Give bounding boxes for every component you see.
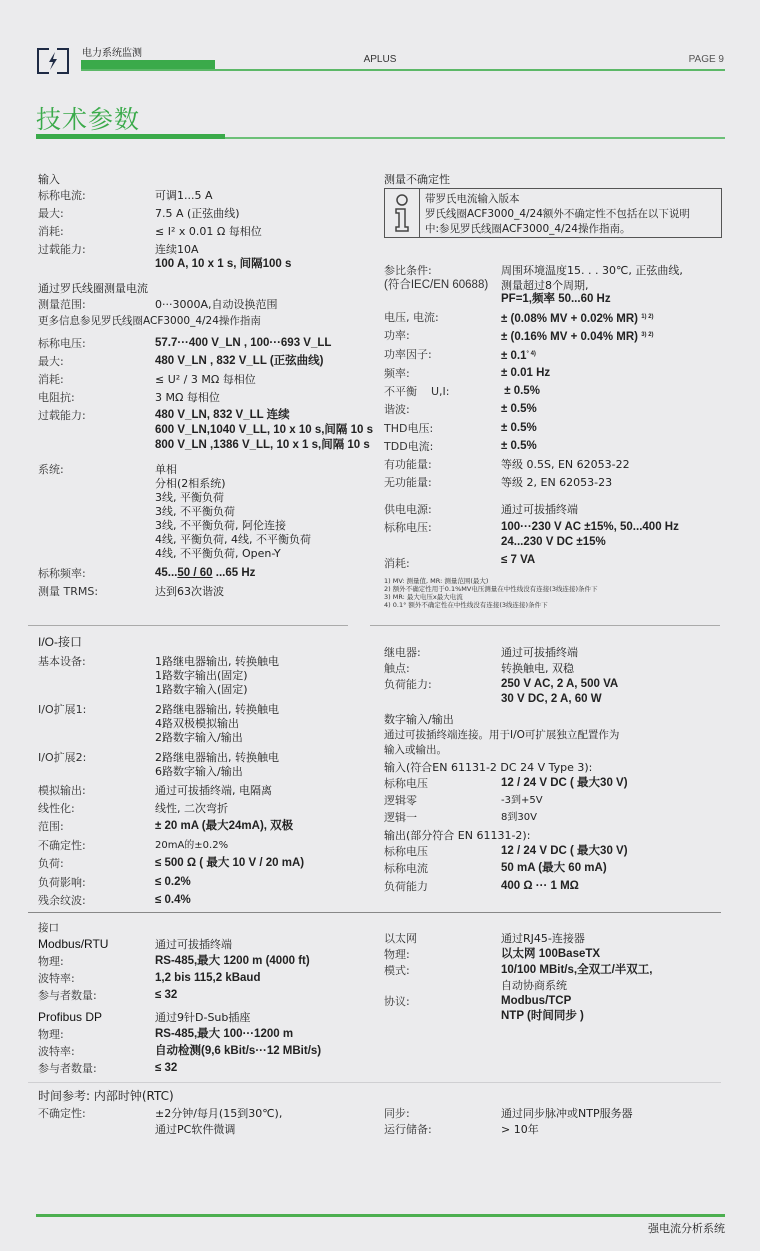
spec-label: 过载能力: [38,242,86,257]
spec-value-line2: 通过PC软件微调 [155,1122,235,1137]
spec-value: 等级 2, EN 62053-23 [501,475,612,490]
spec-value: 45...50 / 60 ...65 Hz [155,566,255,581]
footnote: 3) MR: 最大电压x最大电流 [384,593,463,601]
spec-value: 4线, 平衡负荷, 4线, 不平衡负荷 [155,532,311,547]
spec-value: 3线, 不平衡负荷, 阿伦连接 [155,518,286,533]
footer-rule [36,1214,725,1217]
footnote-ref: 1) 2) [641,314,653,320]
spec-value: 通过同步脉冲或NTP服务器 [501,1106,633,1121]
spec-label: 有功能量: [384,457,432,472]
footnote-ref: 3) 2) [641,332,653,338]
spec-value: 3线, 平衡负荷 [155,490,224,505]
dio-description: 通过可拔插终端连接。用于I/O可扩展独立配置作为 [384,727,619,742]
spec-label: 同步: [384,1106,410,1121]
title-accent-bar [36,134,225,139]
spec-label: 物理: [38,1027,64,1042]
spec-label: 标称电压 [384,776,428,791]
spec-value: 4路双极模拟输出 [155,716,239,731]
spec-label: 功率: [384,328,410,343]
footnote: 1) MV: 测量值, MR: 测量范围(最大) [384,577,488,585]
freq-pre: 45... [155,567,177,579]
spec-value: 4线, 不平衡负荷, Open-Y [155,546,281,561]
spec-label: I/O扩展1: [38,702,86,717]
spec-value: PF=1,频率 50...60 Hz [501,292,611,307]
spec-label-standard: (符合IEC/EN 60688) [384,278,488,293]
spec-value: 0···3000A,自动设换范围 [155,297,278,312]
spec-value: 单相 [155,462,177,477]
spec-value: ±2分钟/每月(15到30℃), [155,1106,282,1121]
spec-value-line3: 800 V_LN ,1386 V_LL, 10 x 1 s,间隔 10 s [155,438,370,453]
spec-value: 1路继电器输出, 转换触电 [155,654,279,669]
spec-value: 通过9针D-Sub插座 [155,1010,250,1025]
spec-label: 标称电压: [384,520,432,535]
spec-label: 无功能量: [384,475,432,490]
spec-label: 系统: [38,462,64,477]
spec-value: 1路数字输出(固定) [155,668,248,683]
spec-value: ± 20 mA (最大24mA), 双极 [155,819,293,834]
spec-value: ± (0.16% MV + 0.04% MR) 3) 2) [501,328,654,345]
spec-label: 负荷能力 [384,879,428,894]
spec-value: 10/100 MBit/s,全双工/半双工, [501,963,652,978]
spec-value-line2: 30 V DC, 2 A, 60 W [501,692,602,707]
dio-output-heading: 输出(部分符合 EN 61131-2): [384,827,530,843]
spec-value: 连续10A [155,242,199,257]
dio-description: 输入或输出。 [384,742,447,757]
spec-value: > 10年 [501,1122,539,1137]
dio-input-heading: 输入(符合EN 61131-2 DC 24 V Type 3): [384,759,592,775]
footnote: 4) 0.1° 额外不确定性在中性线没有连接(3线连接)条件下 [384,601,548,609]
spec-label: 不平衡 U,I: [384,384,449,399]
spec-value: 2路数字输入/输出 [155,730,243,745]
spec-label: 参比条件: [384,263,432,278]
spec-label: 波特率: [38,971,75,986]
spec-label: 模式: [384,963,410,978]
page-number: PAGE 9 [689,54,724,65]
spec-value: 3线, 不平衡负荷 [155,504,235,519]
spec-value: 测量超过8个周期, [501,278,589,293]
spec-label: 标称频率: [38,566,86,581]
section-divider [28,625,348,626]
spec-value: 分相(2相系统) [155,476,226,491]
spec-value: ± 0.01 Hz [501,366,550,381]
spec-value: ≤ I² x 0.01 Ω 每相位 [155,224,262,239]
spec-value: 通过RJ45-连接器 [501,931,585,946]
spec-label: 不确定性: [38,838,86,853]
info-line: 中:参见罗氏线圈ACF3000_4/24操作指南。 [425,222,690,237]
info-line: 带罗氏电流输入版本 [425,192,690,207]
info-icon [385,189,420,237]
spec-value-line2: 600 V_LN,1040 V_LL, 10 x 10 s,间隔 10 s [155,423,373,438]
spec-label: 协议: [384,994,410,1009]
footer-text: 强电流分析系统 [648,1220,725,1236]
spec-label: 过载能力: [38,408,86,423]
spec-value: 20mA的±0.2% [155,838,228,853]
spec-label: 触点: [384,661,410,676]
spec-value: 以太网 100BaseTX [501,947,600,962]
spec-value: 1,2 bis 115,2 kBaud [155,971,260,986]
interface-title: Profibus DP [38,1010,102,1025]
spec-label: 逻辑零 [384,793,417,808]
rogowski-note: 更多信息参见罗氏线圈ACF3000_4/24操作指南 [38,313,261,328]
spec-value: 12 / 24 V DC ( 最大30 V) [501,844,628,859]
spec-value: 8到30V [501,810,537,825]
spec-value: RS-485,最大 1200 m (4000 ft) [155,954,310,969]
spec-label: 范围: [38,819,64,834]
spec-label: 负荷: [38,856,64,871]
spec-value: 通过可拔插终端, 电隔离 [155,783,272,798]
spec-value: 12 / 24 V DC ( 最大30 V) [501,776,628,791]
spec-label: 供电电源: [384,502,432,517]
spec-value: 1路数字输入(固定) [155,682,248,697]
spec-value: 2路继电器输出, 转换触电 [155,702,279,717]
info-line: 罗氏线圈ACF3000_4/24额外不确定性不包括在以下说明 [425,207,690,222]
spec-value: 通过可拔插终端 [155,937,232,952]
spec-value: ± 0.5% [501,402,537,417]
spec-value: 自动检测(9,6 kBit/s···12 MBit/s) [155,1044,321,1059]
spec-label: 消耗: [38,372,64,387]
spec-label: 消耗: [38,224,64,239]
spec-value: 100···230 V AC ±15%, 50...400 Hz [501,520,679,535]
spec-value: ≤ 500 Ω ( 最大 10 V / 20 mA) [155,856,304,871]
spec-label: 电压, 电流: [384,310,439,325]
spec-label: 物理: [38,954,64,969]
spec-value: ≤ 7 VA [501,553,535,568]
spec-value: 可调1...5 A [155,188,213,203]
spec-value: 6路数字输入/输出 [155,764,243,779]
spec-label: 标称电流: [38,188,86,203]
time-ref-heading: 时间参考: 内部时钟(RTC) [38,1087,174,1104]
spec-value: 等级 0.5S, EN 62053-22 [501,457,630,472]
spec-value: 400 Ω ··· 1 MΩ [501,879,579,894]
spec-value: ± (0.08% MV + 0.02% MR) 1) 2) [501,310,654,327]
spec-label: 残余纹波: [38,893,86,908]
spec-label: 谐波: [384,402,410,417]
section-divider [28,912,721,913]
uncertainty-heading: 测量不确定性 [384,171,450,187]
spec-label: 逻辑一 [384,810,417,825]
spec-label: 运行储备: [384,1122,432,1137]
io-heading: I/O-接口 [38,633,82,650]
spec-label: 测量范围: [38,297,86,312]
spec-label: 负荷能力: [384,677,432,692]
spec-value: 达到63次谐波 [155,584,224,599]
spec-value: 2路继电器输出, 转换触电 [155,750,279,765]
spec-label: I/O扩展2: [38,750,86,765]
spec-value: 通过可拔插终端 [501,502,578,517]
spec-label: 模拟输出: [38,783,86,798]
interface-title: Modbus/RTU [38,937,108,952]
spec-value: 250 V AC, 2 A, 500 VA [501,677,618,692]
spec-value: 3 MΩ 每相位 [155,390,220,405]
spec-label: 测量 TRMS: [38,584,98,599]
spec-label: 标称电压 [384,844,428,859]
spec-label: 参与者数量: [38,1061,97,1076]
info-box: 带罗氏电流输入版本 罗氏线圈ACF3000_4/24额外不确定性不包括在以下说明… [384,188,722,238]
spec-value: 50 mA (最大 60 mA) [501,861,607,876]
header-brand: APLUS [0,54,760,65]
spec-label: THD电压: [384,421,433,436]
footnote-ref: ° 4) [527,351,536,357]
spec-value: 480 V_LN, 832 V_LL 连续 [155,408,290,423]
spec-label: 电阻抗: [38,390,75,405]
spec-label: 标称电压: [38,336,86,351]
spec-value: ± 0.5% [501,439,537,454]
spec-label: 参与者数量: [38,988,97,1003]
spec-value-line2: 自动协商系统 [501,978,567,993]
section-divider [28,1082,721,1083]
spec-label: TDD电流: [384,439,433,454]
spec-value: 480 V_LN , 832 V_LL (正弦曲线) [155,354,324,369]
section-divider [370,625,720,626]
spec-value: 7.5 A (正弦曲线) [155,206,240,221]
page-title: 技术参数 [36,100,140,136]
spec-label: 功率因子: [384,347,432,362]
spec-label: 最大: [38,206,64,221]
spec-label: 物理: [384,947,410,962]
input-heading: 输入 [38,171,60,187]
value-text: ± (0.16% MV + 0.04% MR) [501,331,638,343]
spec-label: 标称电流 [384,861,428,876]
spec-label: 波特率: [38,1044,75,1059]
spec-label: 继电器: [384,645,421,660]
spec-value: 周围环境温度15. . . 30℃, 正弦曲线, [501,263,683,278]
spec-label: 不确定性: [38,1106,86,1121]
spec-value: ≤ 0.4% [155,893,191,908]
value-text: ± (0.08% MV + 0.02% MR) [501,313,638,325]
freq-post: ...65 Hz [213,567,256,579]
spec-label: 基本设备: [38,654,86,669]
rogowski-heading: 通过罗氏线圈测量电流 [38,280,148,296]
spec-label: 线性化: [38,801,75,816]
spec-value-line2: 24...230 V DC ±15% [501,535,606,550]
interfaces-heading: 接口 [38,920,59,935]
spec-value: 57.7···400 V_LN , 100···693 V_LL [155,336,331,351]
spec-label: 以太网 [384,931,417,946]
spec-label: 频率: [384,366,410,381]
spec-value: ± 0.5% [501,421,537,436]
spec-value: -3到+5V [501,793,543,808]
spec-value: ± 0.5% [501,384,540,399]
spec-value: ≤ 32 [155,1061,177,1076]
spec-value-line2: 100 A, 10 x 1 s, 间隔100 s [155,257,291,272]
spec-value: RS-485,最大 100···1200 m [155,1027,293,1042]
footnote: 2) 额外不确定性用于0.1%MV电压测量在中性线没有连接(3线连接)条件下 [384,585,598,593]
spec-value: ≤ U² / 3 MΩ 每相位 [155,372,256,387]
value-text: ± 0.1 [501,350,527,362]
spec-value: 转换触电, 双稳 [501,661,574,676]
dio-heading: 数字输入/输出 [384,711,454,727]
spec-value: 线性, 二次弯折 [155,801,228,816]
spec-label: 最大: [38,354,64,369]
spec-value: ≤ 32 [155,988,177,1003]
spec-label: 负荷影响: [38,875,86,890]
spec-value: ≤ 0.2% [155,875,191,890]
freq-nominal: 50 / 60 [177,567,212,579]
spec-label: 消耗: [384,556,410,571]
info-text: 带罗氏电流输入版本 罗氏线圈ACF3000_4/24额外不确定性不包括在以下说明… [425,192,690,237]
header-rule [81,69,725,71]
spec-value: 通过可拔插终端 [501,645,578,660]
spec-value: ± 0.1° 4) [501,347,536,364]
spec-value-line2: NTP (时间同步 ) [501,1009,584,1024]
spec-value: Modbus/TCP [501,994,571,1009]
